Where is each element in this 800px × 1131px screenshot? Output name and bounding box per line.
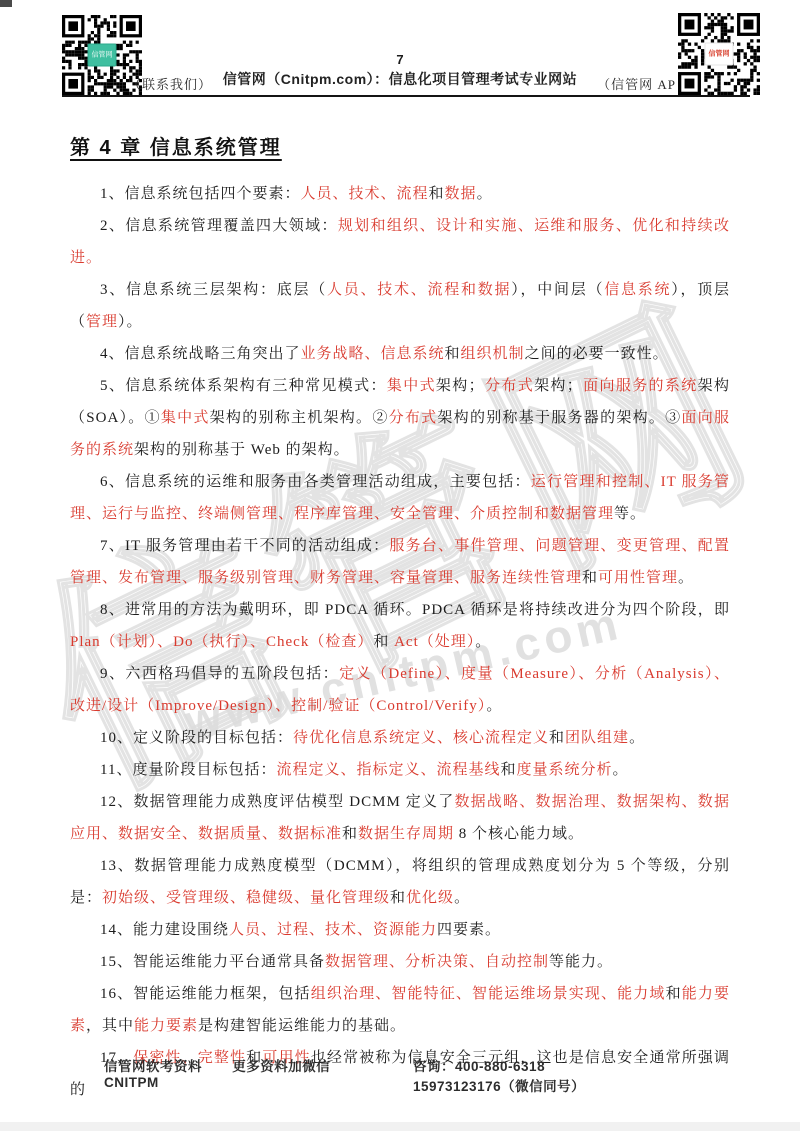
text-run: 15、智能运维能力平台通常具备	[100, 954, 325, 970]
text-run: 和	[373, 634, 394, 650]
highlighted-text-run: 集中式	[161, 410, 210, 426]
list-item-10: 10、定义阶段的目标包括：待优化信息系统定义、核心流程定义和团队组建。	[70, 722, 730, 754]
scan-artifact-corner	[0, 0, 12, 7]
qr-caption-app: （信管网 AP	[597, 74, 676, 93]
text-run: 4、信息系统战略三角突出了	[100, 346, 301, 362]
list-item-8: 8、进常用的方法为戴明环，即 PDCA 循环。PDCA 循环是将持续改进分为四个…	[70, 594, 730, 658]
text-run: 架构的别称基于服务器的架构。③	[437, 410, 681, 426]
highlighted-text-run: 管理	[86, 314, 118, 330]
highlighted-text-run: 初始级、受管理级、稳健级、量化管理级	[102, 890, 390, 906]
highlighted-text-run: 优化级	[406, 890, 454, 906]
highlighted-text-run: 分布式	[485, 378, 534, 394]
highlighted-text-run: 业务战略、信息系统	[301, 346, 445, 362]
qr-code-app: 信管网	[678, 13, 760, 95]
document-page: 信管网 www.cnitpm.com 信管网 （联系我们） 7 信管网（Cnit…	[0, 0, 800, 1131]
text-run: 和	[445, 346, 461, 362]
highlighted-text-run: 分布式	[389, 410, 438, 426]
highlighted-text-run: 集中式	[387, 378, 436, 394]
text-run: 16、智能运维能力框架，包括	[100, 986, 311, 1002]
text-run: 14、能力建设围绕	[100, 922, 229, 938]
list-item-15: 15、智能运维能力平台通常具备数据管理、分析决策、自动控制等能力。	[70, 946, 730, 978]
scan-artifact-bottom-edge	[0, 1122, 800, 1131]
text-run: 架构的别称基于 Web 的架构。	[134, 442, 350, 458]
text-run: 1、信息系统包括四个要素：	[100, 186, 301, 202]
highlighted-text-run: 流程定义、指标定义、流程基线	[276, 762, 500, 778]
list-item-2: 2、信息系统管理覆盖四大领域：规划和组织、设计和实施、运维和服务、优化和持续改进…	[70, 210, 730, 274]
highlighted-text-run: 数据	[445, 186, 477, 202]
highlighted-text-run: 组织治理、智能特征、智能运维场景实现、能力域	[311, 986, 666, 1002]
list-item-5: 5、信息系统体系架构有三种常见模式：集中式架构；分布式架构；面向服务的系统架构（…	[70, 370, 730, 466]
highlighted-text-run: 人员、技术、流程	[301, 186, 429, 202]
list-item-1: 1、信息系统包括四个要素：人员、技术、流程和数据。	[70, 178, 730, 210]
list-item-11: 11、度量阶段目标包括：流程定义、指标定义、流程基线和度量系统分析。	[70, 754, 730, 786]
text-run: 8 个核心能力域。	[454, 826, 584, 842]
highlighted-text-run: 能力要素	[134, 1018, 198, 1034]
list-item-6: 6、信息系统的运维和服务由各类管理活动组成，主要包括：运行管理和控制、IT 服务…	[70, 466, 730, 530]
text-run: 架构的别称主机架构。②	[210, 410, 389, 426]
list-item-13: 13、数据管理能力成熟度模型（DCMM），将组织的管理成熟度划分为 5 个等级，…	[70, 850, 730, 914]
text-run: 和	[429, 186, 445, 202]
text-run: 。	[475, 634, 491, 650]
text-run: 之间的必要一致性。	[525, 346, 669, 362]
highlighted-text-run: 度量系统分析	[516, 762, 612, 778]
footer-hotline: 咨询：400-880-6318	[413, 1059, 545, 1074]
footer-phone: 15973123176（微信同号）	[413, 1079, 585, 1094]
text-run: ，其中	[86, 1018, 134, 1034]
list-item-12: 12、数据管理能力成熟度评估模型 DCMM 定义了数据战略、数据治理、数据架构、…	[70, 786, 730, 850]
text-run: 等。	[614, 506, 646, 522]
text-run: 10、定义阶段的目标包括：	[100, 730, 293, 746]
text-run: 是构建智能运维能力的基础。	[198, 1018, 406, 1034]
text-run: 等能力。	[549, 954, 613, 970]
highlighted-text-run: 团队组建	[565, 730, 629, 746]
footer-left-group: 信管网软考资料 更多资料加微信 CNITPM	[70, 1055, 413, 1090]
text-run: 2、信息系统管理覆盖四大领域：	[100, 218, 338, 234]
notes-list: 1、信息系统包括四个要素：人员、技术、流程和数据。2、信息系统管理覆盖四大领域：…	[70, 178, 730, 1106]
highlighted-text-run: 组织机制	[461, 346, 525, 362]
list-item-3: 3、信息系统三层架构：底层（人员、技术、流程和数据），中间层（信息系统），顶层（…	[70, 274, 730, 338]
text-run: 3、信息系统三层架构：底层（	[100, 282, 327, 298]
text-run: 9、六西格玛倡导的五阶段包括：	[100, 666, 339, 682]
footer-right-group: 咨询：400-880-6318 15973123176（微信同号）	[413, 1055, 745, 1095]
text-run: 。	[477, 186, 493, 202]
list-item-9: 9、六西格玛倡导的五阶段包括：定义（Define）、度量（Measure）、分析…	[70, 658, 730, 722]
list-item-14: 14、能力建设围绕人员、过程、技术、资源能力四要素。	[70, 914, 730, 946]
highlighted-text-run: Act（处理）	[394, 634, 475, 650]
text-run: 12、数据管理能力成熟度评估模型 DCMM 定义了	[100, 794, 454, 810]
text-run: 。	[454, 890, 470, 906]
qr-center-logo: 信管网	[705, 43, 734, 66]
text-run: 7、IT 服务管理由若干不同的活动组成：	[100, 538, 389, 554]
text-run: 和	[666, 986, 682, 1002]
page-content: 第 4 章 信息系统管理 1、信息系统包括四个要素：人员、技术、流程和数据。2、…	[70, 97, 730, 1106]
highlighted-text-run: 待优化信息系统定义、核心流程定义	[293, 730, 549, 746]
text-run: 。	[486, 698, 502, 714]
text-run: 8、进常用的方法为戴明环，即 PDCA 循环。PDCA 循环是将持续改进分为四个…	[100, 602, 730, 618]
highlighted-text-run: 面向服务的系统	[583, 378, 698, 394]
chapter-title: 第 4 章 信息系统管理	[70, 131, 282, 160]
text-run: 。	[678, 570, 694, 586]
text-run: 5、信息系统体系架构有三种常见模式：	[100, 378, 387, 394]
text-run: 11、度量阶段目标包括：	[100, 762, 276, 778]
page-header: 信管网 （联系我们） 7 信管网（Cnitpm.com）：信息化项目管理考试专业…	[0, 0, 800, 97]
text-run: 和	[500, 762, 516, 778]
text-run: 和	[342, 826, 358, 842]
text-run: 。	[613, 762, 629, 778]
footer-site-label: 信管网软考资料	[104, 1059, 202, 1074]
text-run: ）。	[118, 314, 143, 330]
text-run: 架构；	[534, 378, 583, 394]
page-footer: 信管网软考资料 更多资料加微信 CNITPM 咨询：400-880-6318 1…	[70, 1055, 745, 1095]
header-divider	[62, 95, 750, 98]
list-item-4: 4、信息系统战略三角突出了业务战略、信息系统和组织机制之间的必要一致性。	[70, 338, 730, 370]
highlighted-text-run: 可用性管理	[598, 570, 678, 586]
text-run: 6、信息系统的运维和服务由各类管理活动组成，主要包括：	[100, 474, 531, 490]
text-run: 四要素。	[437, 922, 501, 938]
text-run: 和	[549, 730, 565, 746]
highlighted-text-run: 人员、技术、流程和数据	[327, 282, 511, 298]
text-run: 。	[629, 730, 645, 746]
highlighted-text-run: 人员、过程、技术、资源能力	[229, 922, 437, 938]
text-run: 架构；	[436, 378, 485, 394]
text-run: ），中间层（	[511, 282, 604, 298]
highlighted-text-run: 数据管理、分析决策、自动控制	[325, 954, 549, 970]
list-item-7: 7、IT 服务管理由若干不同的活动组成：服务台、事件管理、问题管理、变更管理、配…	[70, 530, 730, 594]
highlighted-text-run: 数据生存周期	[358, 826, 454, 842]
list-item-16: 16、智能运维能力框架，包括组织治理、智能特征、智能运维场景实现、能力域和能力要…	[70, 978, 730, 1042]
highlighted-text-run: 信息系统	[604, 282, 671, 298]
highlighted-text-run: Plan（计划）、Do（执行）、Check（检查）	[70, 634, 373, 650]
text-run: 和	[390, 890, 406, 906]
text-run: 和	[582, 570, 598, 586]
